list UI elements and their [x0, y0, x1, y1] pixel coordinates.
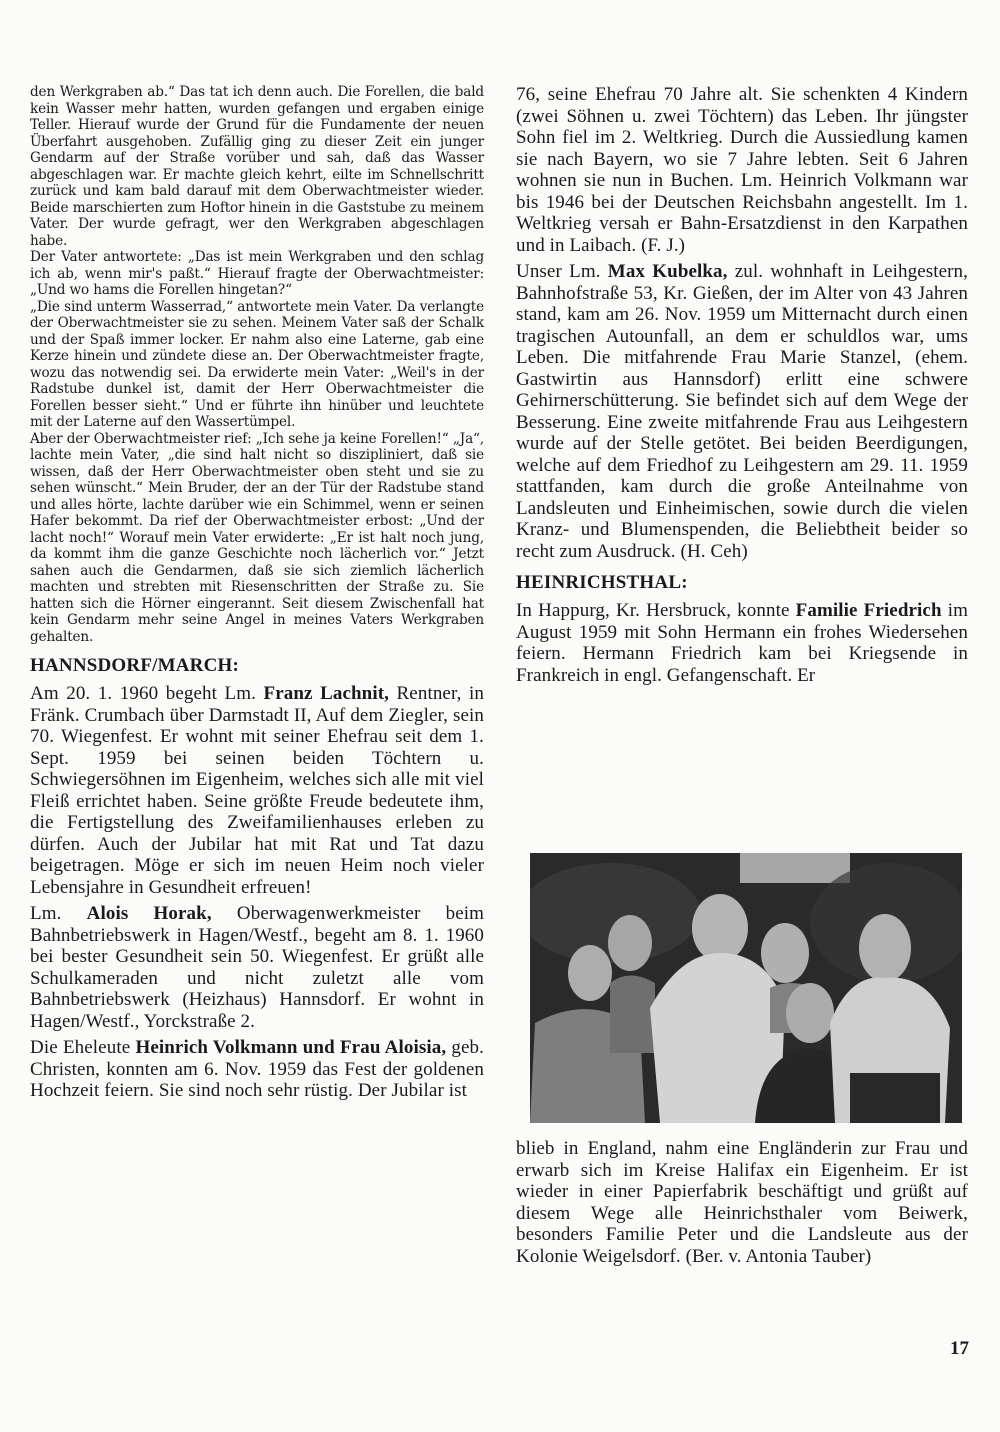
news-text: Rentner, in Fränk. Crumbach über Darmsta… — [30, 683, 484, 898]
news-item-volkmann: Die Eheleute Heinrich Volkmann und Frau … — [30, 1037, 484, 1102]
family-photo-image — [530, 853, 962, 1123]
story-paragraph: den Werkgraben ab.“ Das tat ich denn auc… — [30, 84, 484, 249]
story-paragraph: Der Vater antwortete: „Das ist mein Werk… — [30, 249, 484, 299]
news-text: In Happurg, Kr. Hersbruck, konnte — [516, 600, 796, 621]
section-heading-heinrichsthal: HEINRICHSTHAL: — [516, 572, 968, 594]
person-name: Heinrich Volkmann und Frau Aloisia, — [135, 1037, 446, 1058]
news-item-kubelka: Unser Lm. Max Kubelka, zul. wohnhaft in … — [516, 261, 968, 562]
news-item-friedrich: In Happurg, Kr. Hersbruck, konnte Famili… — [516, 600, 968, 686]
right-column: 76, seine Ehefrau 70 Jahre alt. Sie sche… — [516, 84, 968, 691]
news-text: Unser Lm. — [516, 261, 608, 282]
news-text: Die Eheleute — [30, 1037, 135, 1058]
family-photo — [530, 853, 962, 1123]
section-heading-hannsdorf: HANNSDORF/MARCH: — [30, 655, 484, 677]
story-paragraph: Aber der Oberwachtmeister rief: „Ich seh… — [30, 431, 484, 646]
hannsdorf-news: Am 20. 1. 1960 begeht Lm. Franz Lachnit,… — [30, 683, 484, 1102]
volkmann-continuation: 76, seine Ehefrau 70 Jahre alt. Sie sche… — [516, 84, 968, 256]
person-name: Alois Horak, — [87, 903, 212, 924]
story-continuation: den Werkgraben ab.“ Das tat ich denn auc… — [30, 84, 484, 645]
news-text: Lm. — [30, 903, 87, 924]
person-name: Familie Friedrich — [796, 600, 942, 621]
news-item-lachnit: Am 20. 1. 1960 begeht Lm. Franz Lachnit,… — [30, 683, 484, 898]
story-paragraph: „Die sind unterm Wasserrad,“ antwortete … — [30, 299, 484, 431]
person-name: Franz Lachnit, — [264, 683, 389, 704]
friedrich-continuation-block: blieb in England, nahm eine Engländerin … — [516, 1138, 968, 1272]
page-number: 17 — [950, 1338, 969, 1360]
person-name: Max Kubelka, — [608, 261, 728, 282]
news-item-horak: Lm. Alois Horak, Oberwagenwerkmeister be… — [30, 903, 484, 1032]
news-text: Am 20. 1. 1960 begeht Lm. — [30, 683, 264, 704]
friedrich-continuation: blieb in England, nahm eine Engländerin … — [516, 1138, 968, 1267]
news-text: zul. wohnhaft in Leihgestern, Bahnhofstr… — [516, 261, 968, 562]
left-column: den Werkgraben ab.“ Das tat ich denn auc… — [30, 84, 484, 1107]
